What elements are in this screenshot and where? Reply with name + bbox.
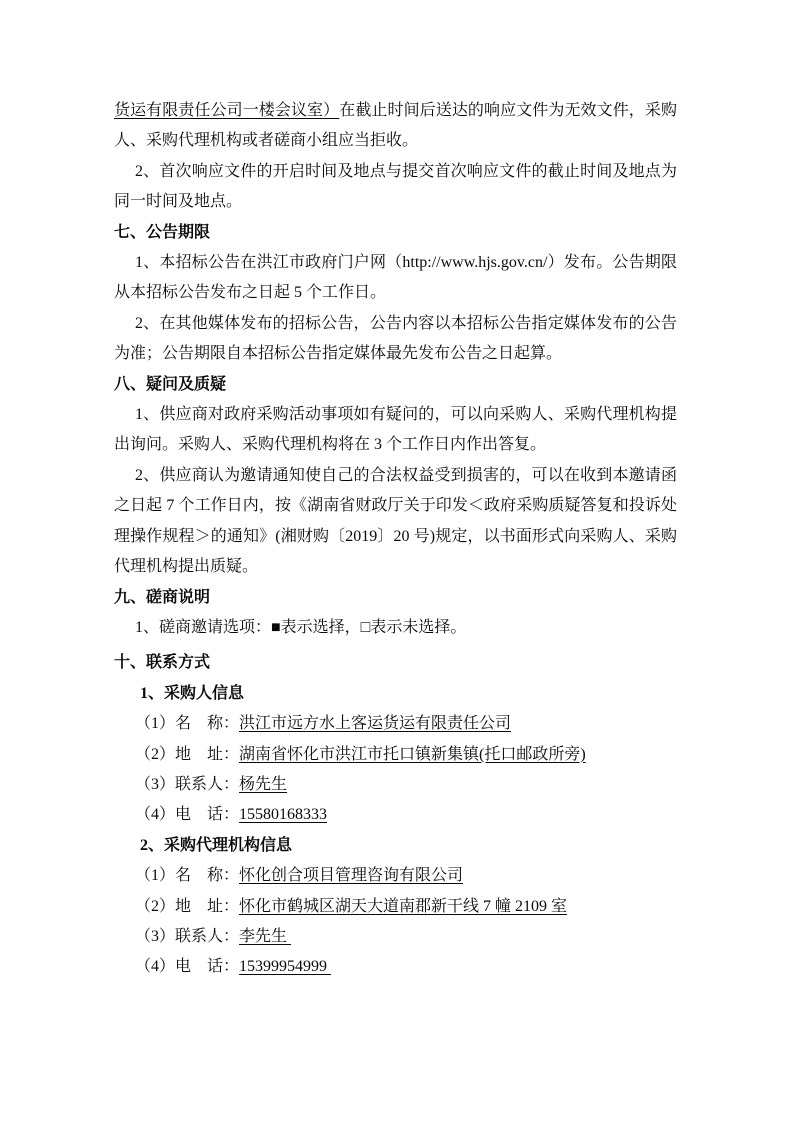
paragraph-continuation: 货运有限责任公司一楼会议室）在截止时间后送达的响应文件为无效文件，采购人、采购代… [114, 96, 677, 157]
heading-contact-info: 十、联系方式 [114, 648, 677, 678]
document-page: 货运有限责任公司一楼会议室）在截止时间后送达的响应文件为无效文件，采购人、采购代… [0, 0, 793, 1122]
agency-address-row: （2）地 址：怀化市鹤城区湖天大道南郡新干线 7 幢 2109 室 [114, 892, 677, 922]
agency-phone-value: 15399954999 [239, 958, 331, 975]
purchaser-address-label: （2）地 址： [135, 746, 239, 763]
purchaser-name-value: 洪江市远方水上客运货运有限责任公司 [239, 715, 511, 732]
agency-name-label: （1）名 称： [135, 867, 239, 884]
agency-address-label: （2）地 址： [135, 898, 239, 915]
paragraph-open-time: 2、首次响应文件的开启时间及地点与提交首次响应文件的截止时间及地点为同一时间及地… [114, 157, 677, 218]
agency-contact-person-row: （3）联系人：李先生 [114, 922, 677, 952]
paragraph-challenge: 2、供应商认为邀请通知使自己的合法权益受到损害的，可以在收到本邀请函之日起 7 … [114, 461, 677, 583]
agency-address-value: 怀化市鹤城区湖天大道南郡新干线 7 幢 2109 室 [239, 898, 567, 915]
heading-announcement-period: 七、公告期限 [114, 218, 677, 248]
heading-inquiry-challenge: 八、疑问及质疑 [114, 370, 677, 400]
purchaser-phone-value: 15580168333 [239, 806, 327, 823]
paragraph-checkbox-legend: 1、磋商邀请选项：■表示选择，□表示未选择。 [114, 613, 677, 643]
subheading-agency-info: 2、采购代理机构信息 [114, 831, 677, 861]
agency-phone-row: （4）电 话：15399954999 [114, 952, 677, 982]
purchaser-phone-row: （4）电 话：15580168333 [114, 800, 677, 830]
agency-phone-label: （4）电 话： [135, 958, 239, 975]
purchaser-address-row: （2）地 址：湖南省怀化市洪江市托口镇新集镇(托口邮政所旁) [114, 740, 677, 770]
purchaser-name-row: （1）名 称：洪江市远方水上客运货运有限责任公司 [114, 709, 677, 739]
agency-contact-person-label: （3）联系人： [135, 928, 239, 945]
paragraph-inquiry: 1、供应商对政府采购活动事项如有疑问的，可以向采购人、采购代理机构提出询问。采购… [114, 400, 677, 461]
purchaser-name-label: （1）名 称： [135, 715, 239, 732]
heading-consultation-note: 九、磋商说明 [114, 583, 677, 613]
purchaser-contact-person-label: （3）联系人： [135, 776, 239, 793]
agency-name-value: 怀化创合项目管理咨询有限公司 [239, 867, 463, 884]
paragraph-announcement-other-media: 2、在其他媒体发布的招标公告，公告内容以本招标公告指定媒体发布的公告为准；公告期… [114, 309, 677, 370]
paragraph-announcement-media: 1、本招标公告在洪江市政府门户网（http://www.hjs.gov.cn/）… [114, 248, 677, 309]
purchaser-phone-label: （4）电 话： [135, 806, 239, 823]
agency-contact-person-value: 李先生 [239, 928, 291, 945]
purchaser-address-value: 湖南省怀化市洪江市托口镇新集镇(托口邮政所旁) [239, 746, 586, 763]
purchaser-contact-person-row: （3）联系人：杨先生 [114, 770, 677, 800]
document-content: 货运有限责任公司一楼会议室）在截止时间后送达的响应文件为无效文件，采购人、采购代… [114, 96, 677, 983]
underlined-meeting-room-text: 货运有限责任公司一楼会议室） [114, 102, 339, 119]
subheading-purchaser-info: 1、采购人信息 [114, 679, 677, 709]
purchaser-contact-person-value: 杨先生 [239, 776, 287, 793]
agency-name-row: （1）名 称：怀化创合项目管理咨询有限公司 [114, 861, 677, 891]
